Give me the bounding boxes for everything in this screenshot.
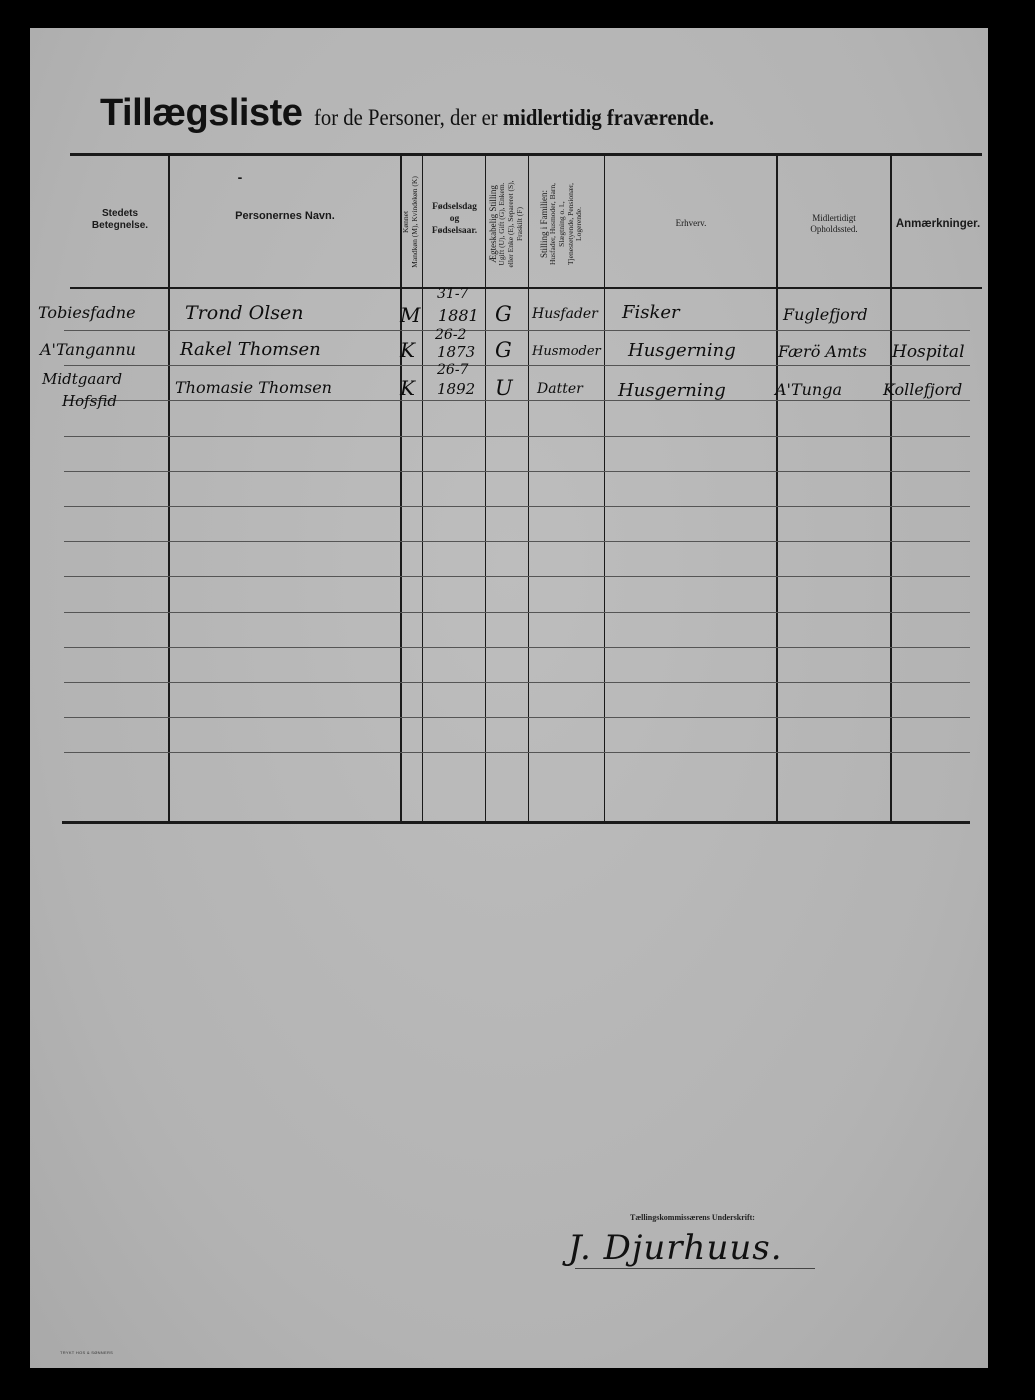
cell-birth-day: 31-7 <box>437 286 468 302</box>
title-main: Tillægsliste <box>100 92 302 134</box>
cell-temp-residence: Færö Amts <box>778 342 867 361</box>
cell-birth-day: 26-7 <box>437 362 468 378</box>
row-rule <box>64 506 970 507</box>
cell-place: Midtgaard <box>42 370 122 388</box>
cell-birth-year: 1881 <box>438 306 479 325</box>
row-rule <box>64 400 970 401</box>
cell-remarks: Hospital <box>892 342 965 362</box>
header-name-mark: - <box>230 168 250 188</box>
header-occupation: Erhverv. <box>606 214 776 234</box>
header-birth: Fødselsdag og Fødselsaar. <box>424 190 485 250</box>
header-sex: Kønnet Mandkøn (M), Kvindekøn (K) <box>402 172 422 272</box>
table-top-rule <box>70 153 982 156</box>
cell-name: Thomasie Thomsen <box>175 378 332 397</box>
title-subtitle: for de Personer, der er midlertidig frav… <box>314 105 714 131</box>
row-rule <box>64 612 970 613</box>
signature-label: Tællingskommissærens Underskrift: <box>630 1213 755 1222</box>
row-rule <box>64 436 970 437</box>
cell-occupation: Fisker <box>622 302 680 323</box>
signature: J. Djurhuus. <box>568 1228 783 1268</box>
header-bottom-rule <box>70 287 982 289</box>
cell-occupation: Husgerning <box>628 340 736 361</box>
col-divider <box>528 156 529 821</box>
form-title: Tillægsliste for de Personer, der er mid… <box>100 92 759 135</box>
cell-family: Husfader <box>532 306 598 322</box>
row-rule <box>64 717 970 718</box>
cell-place: A'Tangannu <box>40 340 136 359</box>
cell-temp-residence: A'Tunga <box>775 380 842 399</box>
header-name: Personernes Navn. <box>170 205 400 229</box>
cell-marital: G <box>495 302 512 326</box>
col-divider <box>168 156 170 821</box>
row-rule <box>64 541 970 542</box>
table-bottom-rule <box>62 821 970 824</box>
row-rule <box>64 752 970 753</box>
cell-sex: M <box>400 303 420 327</box>
cell-place-line2: Hofsfid <box>62 392 117 410</box>
header-remarks: Anmærkninger. <box>892 212 984 236</box>
cell-name: Trond Olsen <box>185 302 304 324</box>
cell-sex: K <box>400 376 415 400</box>
row-rule <box>64 365 970 366</box>
header-place: Stedets Betegnelse. <box>72 200 168 240</box>
col-divider <box>776 156 778 821</box>
col-divider <box>890 156 892 821</box>
col-divider <box>422 156 423 821</box>
cell-family: Datter <box>537 381 583 397</box>
signature-underline <box>575 1268 815 1269</box>
header-marital: Ægteskabelig Stilling Ugift (U), Gift (G… <box>488 164 528 284</box>
col-divider <box>485 156 486 821</box>
cell-birth-day: 26-2 <box>435 327 466 343</box>
cell-place: Tobiesfadne <box>38 303 136 322</box>
cell-sex: K <box>400 338 415 362</box>
printer-mark: TRYKT HOS & SØNNERS <box>60 1350 113 1355</box>
col-divider <box>604 156 605 821</box>
cell-birth-year: 1892 <box>437 380 475 398</box>
row-rule <box>64 471 970 472</box>
row-rule <box>64 576 970 577</box>
cell-occupation: Husgerning <box>618 380 726 401</box>
row-rule <box>64 647 970 648</box>
row-rule <box>64 330 970 331</box>
cell-birth-year: 1873 <box>437 343 475 361</box>
cell-marital: U <box>495 376 513 400</box>
cell-family: Husmoder <box>532 344 601 359</box>
cell-temp-residence: Fuglefjord <box>783 305 868 324</box>
header-temp-residence: Midlertidigt Opholdssted. <box>778 208 890 240</box>
cell-marital: G <box>495 338 512 362</box>
header-family: Stilling i Familien: Husfader, Husmoder,… <box>539 169 595 279</box>
row-rule <box>64 682 970 683</box>
cell-remarks: Kollefjord <box>883 380 962 399</box>
cell-name: Rakel Thomsen <box>180 339 321 360</box>
